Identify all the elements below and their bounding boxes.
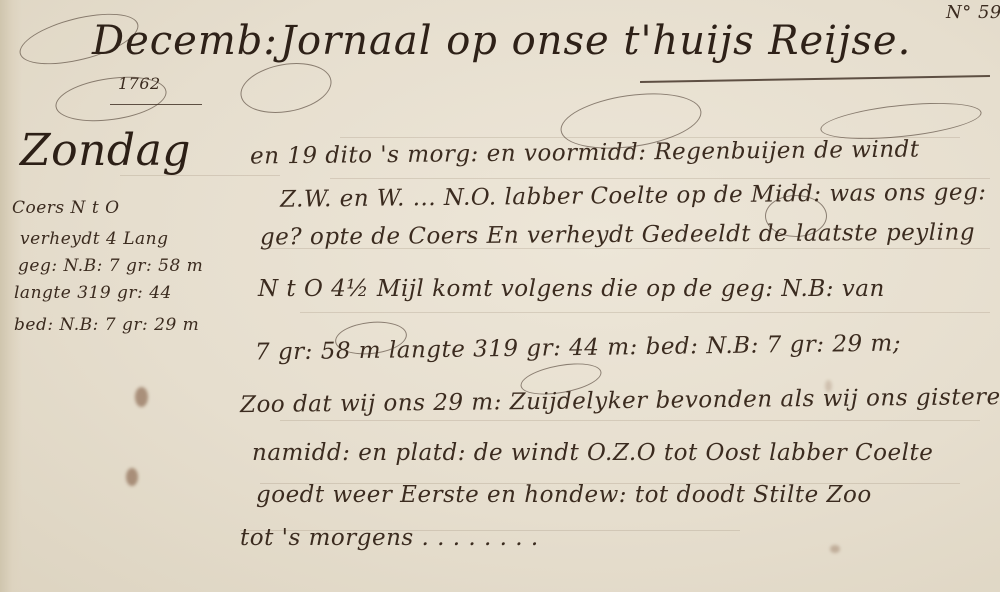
ink-stain [135, 387, 148, 407]
journal-line-2: Z.W. en W. ... N.O. labber Coelte op de … [280, 179, 987, 212]
journal-line-7: namidd: en platd: de windt O.Z.O tot Oos… [252, 440, 933, 466]
month-heading: Decemb: [92, 18, 278, 64]
journal-line-3: ge? opte de Coers En verheydt Gedeeldt d… [260, 220, 975, 251]
ink-stain [126, 468, 138, 486]
ruled-line [300, 312, 990, 313]
day-heading: Zondag [20, 125, 191, 176]
ruled-line [280, 420, 980, 421]
journal-line-8: goedt weer Eerste en hondew: tot doodt S… [256, 482, 872, 508]
manuscript-page: N° 59 Decemb: Jornaal op onse t'huijs Re… [0, 0, 1000, 592]
journal-line-1: en 19 dito 's morg: en voormidd: Regenbu… [250, 136, 920, 169]
ruled-line [330, 178, 990, 179]
journal-line-6: Zoo dat wij ons 29 m: Zuijdelyker bevond… [240, 384, 1000, 418]
margin-course: Coers N t O [12, 198, 120, 218]
ink-stain [830, 545, 840, 553]
decorative-flourish [237, 56, 336, 119]
margin-distance: verheydt 4 Lang [20, 229, 169, 249]
year: 1762 [118, 74, 161, 93]
ink-stain [825, 380, 832, 392]
margin-latitude-observed: bed: N.B: 7 gr: 29 m [14, 315, 199, 335]
journal-line-4: N t O 4½ Mijl komt volgens die op de geg… [258, 276, 885, 302]
margin-latitude-dead-reckoning: geg: N.B: 7 gr: 58 m [18, 256, 203, 276]
year-underline [110, 104, 202, 105]
journal-title: Jornaal op onse t'huijs Reijse. [280, 18, 911, 64]
margin-longitude: langte 319 gr: 44 [14, 283, 172, 303]
folio-number: N° 59 [946, 2, 1000, 23]
title-underline [640, 75, 990, 83]
journal-line-9: tot 's morgens . . . . . . . . [240, 525, 539, 551]
